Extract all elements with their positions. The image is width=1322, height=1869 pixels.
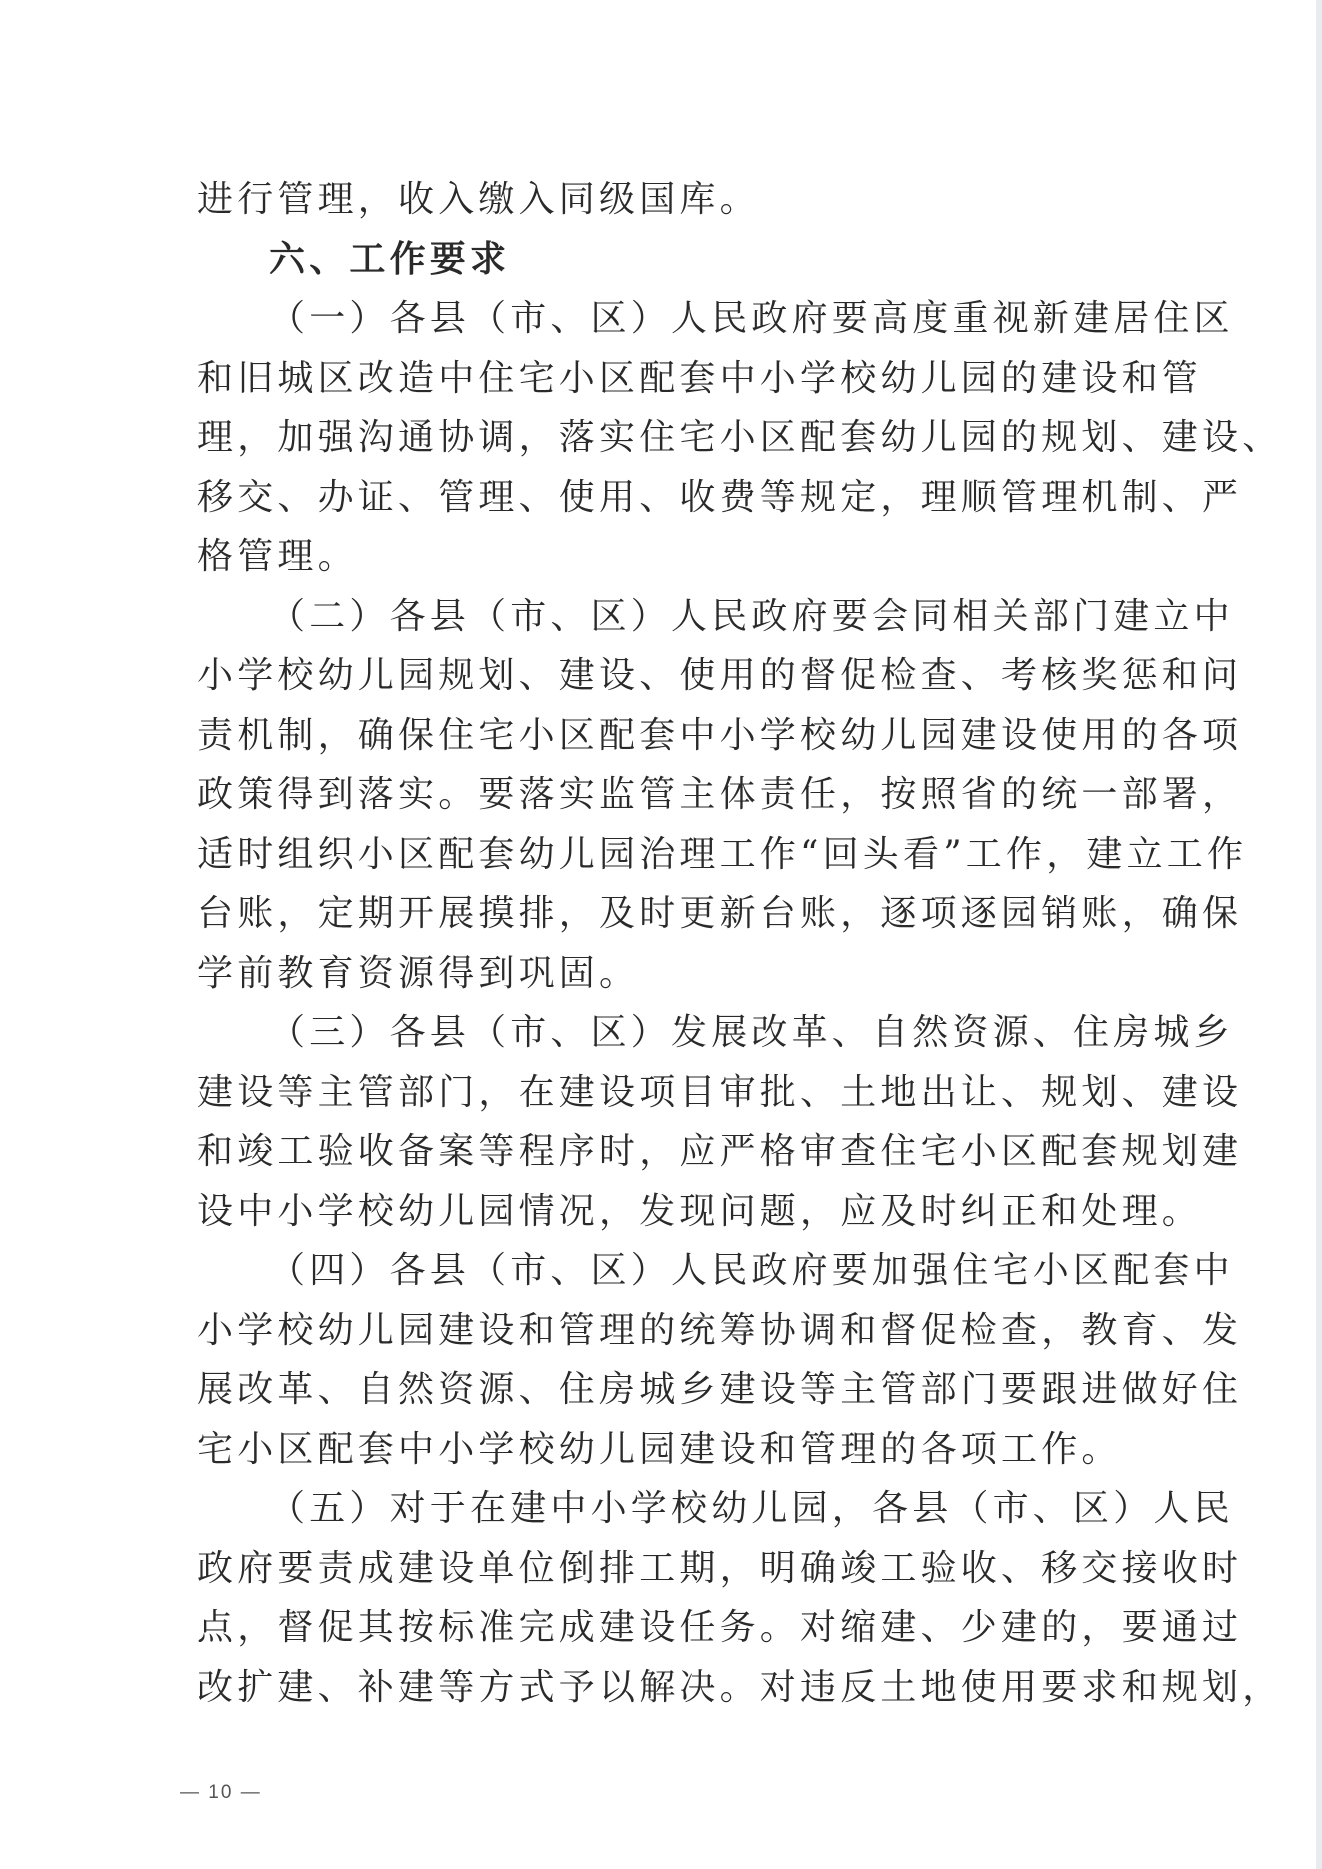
paragraph-3-line: 建设等主管部门，在建设项目审批、土地出让、规划、建设 — [197, 1063, 1107, 1123]
paragraph-4-line: 展改革、自然资源、住房城乡建设等主管部门要跟进做好住 — [197, 1360, 1107, 1420]
document-page: 进行管理，收入缴入同级国库。 六、工作要求 （一）各县（市、区）人民政府要高度重… — [0, 0, 1322, 1869]
paragraph-3-line: 和竣工验收备案等程序时，应严格审查住宅小区配套规划建 — [197, 1122, 1107, 1182]
paragraph-1-line: 和旧城区改造中住宅小区配套中小学校幼儿园的建设和管 — [197, 349, 1107, 409]
paragraph-1-line: 格管理。 — [197, 527, 1107, 587]
paragraph-5-line: 点，督促其按标准完成建设任务。对缩建、少建的，要通过 — [197, 1598, 1107, 1658]
paragraph-2-line: 学前教育资源得到巩固。 — [197, 944, 1107, 1004]
scan-edge — [1316, 0, 1322, 1869]
paragraph-3-line: （三）各县（市、区）发展改革、自然资源、住房城乡 — [197, 1003, 1107, 1063]
paragraph-5-line: 改扩建、补建等方式予以解决。对违反土地使用要求和规划， — [197, 1658, 1107, 1718]
paragraph-2-line: 适时组织小区配套幼儿园治理工作“回头看”工作，建立工作 — [197, 825, 1107, 885]
paragraph-2-line: （二）各县（市、区）人民政府要会同相关部门建立中 — [197, 587, 1107, 647]
paragraph-4-line: 小学校幼儿园建设和管理的统筹协调和督促检查，教育、发 — [197, 1301, 1107, 1361]
paragraph-2-line: 小学校幼儿园规划、建设、使用的督促检查、考核奖惩和问 — [197, 646, 1107, 706]
page-number: — 10 — — [180, 1782, 262, 1804]
paragraph-1-line: 理，加强沟通协调，落实住宅小区配套幼儿园的规划、建设、 — [197, 408, 1107, 468]
paragraph-2-line: 台账，定期开展摸排，及时更新台账，逐项逐园销账，确保 — [197, 884, 1107, 944]
paragraph-1-line: 移交、办证、管理、使用、收费等规定，理顺管理机制、严 — [197, 468, 1107, 528]
paragraph-1-line: （一）各县（市、区）人民政府要高度重视新建居住区 — [197, 289, 1107, 349]
paragraph-2-line: 政策得到落实。要落实监管主体责任，按照省的统一部署， — [197, 765, 1107, 825]
body-text: 进行管理，收入缴入同级国库。 六、工作要求 （一）各县（市、区）人民政府要高度重… — [197, 170, 1107, 1717]
paragraph-3-line: 设中小学校幼儿园情况，发现问题，应及时纠正和处理。 — [197, 1182, 1107, 1242]
text-line: 进行管理，收入缴入同级国库。 — [197, 170, 1107, 230]
paragraph-5-line: （五）对于在建中小学校幼儿园，各县（市、区）人民 — [197, 1479, 1107, 1539]
paragraph-2-line: 责机制，确保住宅小区配套中小学校幼儿园建设使用的各项 — [197, 706, 1107, 766]
paragraph-4-line: 宅小区配套中小学校幼儿园建设和管理的各项工作。 — [197, 1420, 1107, 1480]
paragraph-5-line: 政府要责成建设单位倒排工期，明确竣工验收、移交接收时 — [197, 1539, 1107, 1599]
section-heading: 六、工作要求 — [197, 230, 1107, 290]
paragraph-4-line: （四）各县（市、区）人民政府要加强住宅小区配套中 — [197, 1241, 1107, 1301]
